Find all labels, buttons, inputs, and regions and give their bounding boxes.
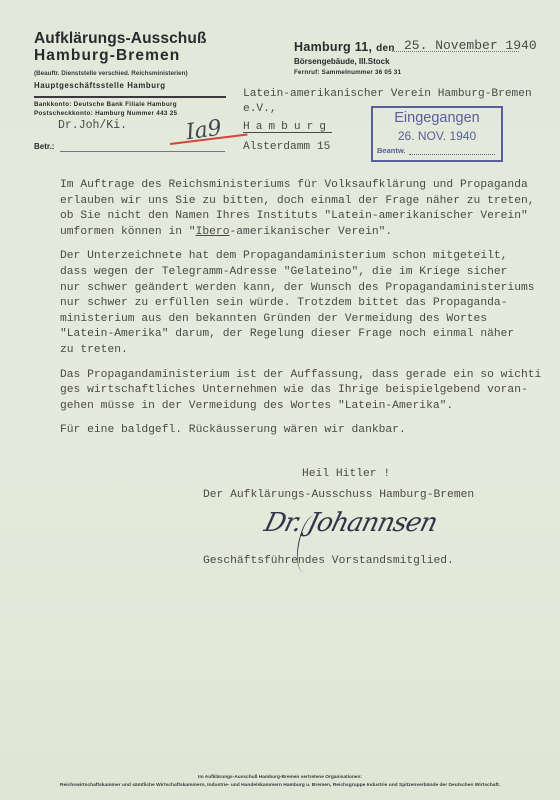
body-line: Das Propagandaministerium ist der Auffas… [60, 369, 541, 381]
subject-line [60, 151, 225, 152]
phone: Fernruf: Sammelnummer 36 05 31 [294, 69, 401, 76]
body-line: ges wirtschaftliches Unternehmen wie das… [60, 384, 528, 396]
body-line: Für eine baldgefl. Rückäusserung wären w… [60, 424, 406, 436]
paragraph-2: Der Unterzeichnete hat dem Propagandamin… [60, 249, 550, 358]
signature: Dr. Johannsen [261, 508, 440, 538]
body-line: erlauben wir uns Sie zu bitten, doch ein… [60, 195, 535, 207]
paragraph-3: Das Propagandaministerium ist der Auffas… [60, 368, 550, 415]
recipient-name: Latein-amerikanischer Verein Hamburg-Bre… [243, 88, 532, 100]
sender-organization: Der Aufklärungs-Ausschuss Hamburg-Bremen [203, 489, 474, 501]
body-text: -amerikanischer Verein". [230, 226, 393, 238]
body-line: nur schwer zu erfüllen sein würde. Trotz… [60, 297, 507, 309]
signer-title: Geschäftsführendes Vorstandsmitglied. [203, 555, 454, 567]
body-line: ob Sie nicht den Namen Ihres Instituts "… [60, 210, 528, 222]
reference-code: Dr.Joh/Ki. [58, 119, 127, 132]
org-subtitle: (Beauftr. Dienststelle verschied. Reichs… [34, 70, 188, 77]
body-line: "Latein-Amerika" darum, der Regelung die… [60, 328, 514, 340]
body-line: Der Unterzeichnete hat dem Propagandamin… [60, 250, 507, 262]
recipient-city: Hamburg [243, 121, 332, 133]
recipient-name-cont: e.V., [243, 103, 277, 115]
footer-line-2: Reichswirtschaftskammer und sämtliche Wi… [0, 783, 560, 788]
stamp-title: Eingegangen [373, 110, 501, 126]
footer-line-1: Im Aufklärungs-Ausschuß Hamburg-Bremen v… [0, 775, 560, 780]
body-line: Im Auftrage des Reichsministeriums für V… [60, 179, 528, 191]
body-line: umformen können in "Ibero-amerikanischer… [60, 226, 392, 238]
bank-account: Bankkonto: Deutsche Bank Filiale Hamburg [34, 101, 177, 108]
body-line: nur schwer geändert werden kann, der Wun… [60, 282, 535, 294]
stamp-answered-label: Beantw. [377, 146, 405, 155]
date-prefix: den [376, 43, 395, 54]
subject-label: Betr.: [34, 142, 54, 151]
body-line: ministerium aus den bekannten Gründen de… [60, 313, 487, 325]
building: Börsengebäude, III.Stock [294, 57, 390, 66]
city-line: Hamburg 11, den [294, 40, 395, 54]
paragraph-1: Im Auftrage des Reichsministeriums für V… [60, 178, 550, 240]
body-line: dass wegen der Telegramm-Adresse "Gelate… [60, 266, 507, 278]
letter-date: 25. November 1940 [404, 38, 537, 53]
recipient-street: Alsterdamm 15 [243, 141, 330, 153]
letter-page: Aufklärungs-Ausschuß Hamburg-Bremen (Bea… [0, 0, 560, 800]
city: Hamburg 11, [294, 40, 372, 54]
paragraph-4: Für eine baldgefl. Rückäusserung wären w… [60, 423, 550, 439]
stamp-dotted-line [409, 154, 495, 155]
underlined-word: Ibero [196, 226, 230, 238]
letterhead-divider [34, 96, 226, 98]
postal-account: Postscheckkonto: Hamburg Nummer 443 25 [34, 110, 177, 117]
org-name-line1: Aufklärungs-Ausschuß [34, 30, 207, 47]
salutation: Heil Hitler ! [302, 468, 390, 480]
main-office: Hauptgeschäftsstelle Hamburg [34, 81, 166, 90]
org-name-line2: Hamburg-Bremen [34, 47, 180, 64]
body-text: umformen können in " [60, 226, 196, 238]
body-line: zu treten. [60, 344, 128, 356]
body-line: gehen müsse in der Vermeidung des Wortes… [60, 400, 453, 412]
letter-body: Im Auftrage des Reichsministeriums für V… [60, 178, 550, 448]
stamp-date: 26. NOV. 1940 [373, 129, 501, 143]
received-stamp: Eingegangen 26. NOV. 1940 Beantw. [371, 106, 503, 162]
